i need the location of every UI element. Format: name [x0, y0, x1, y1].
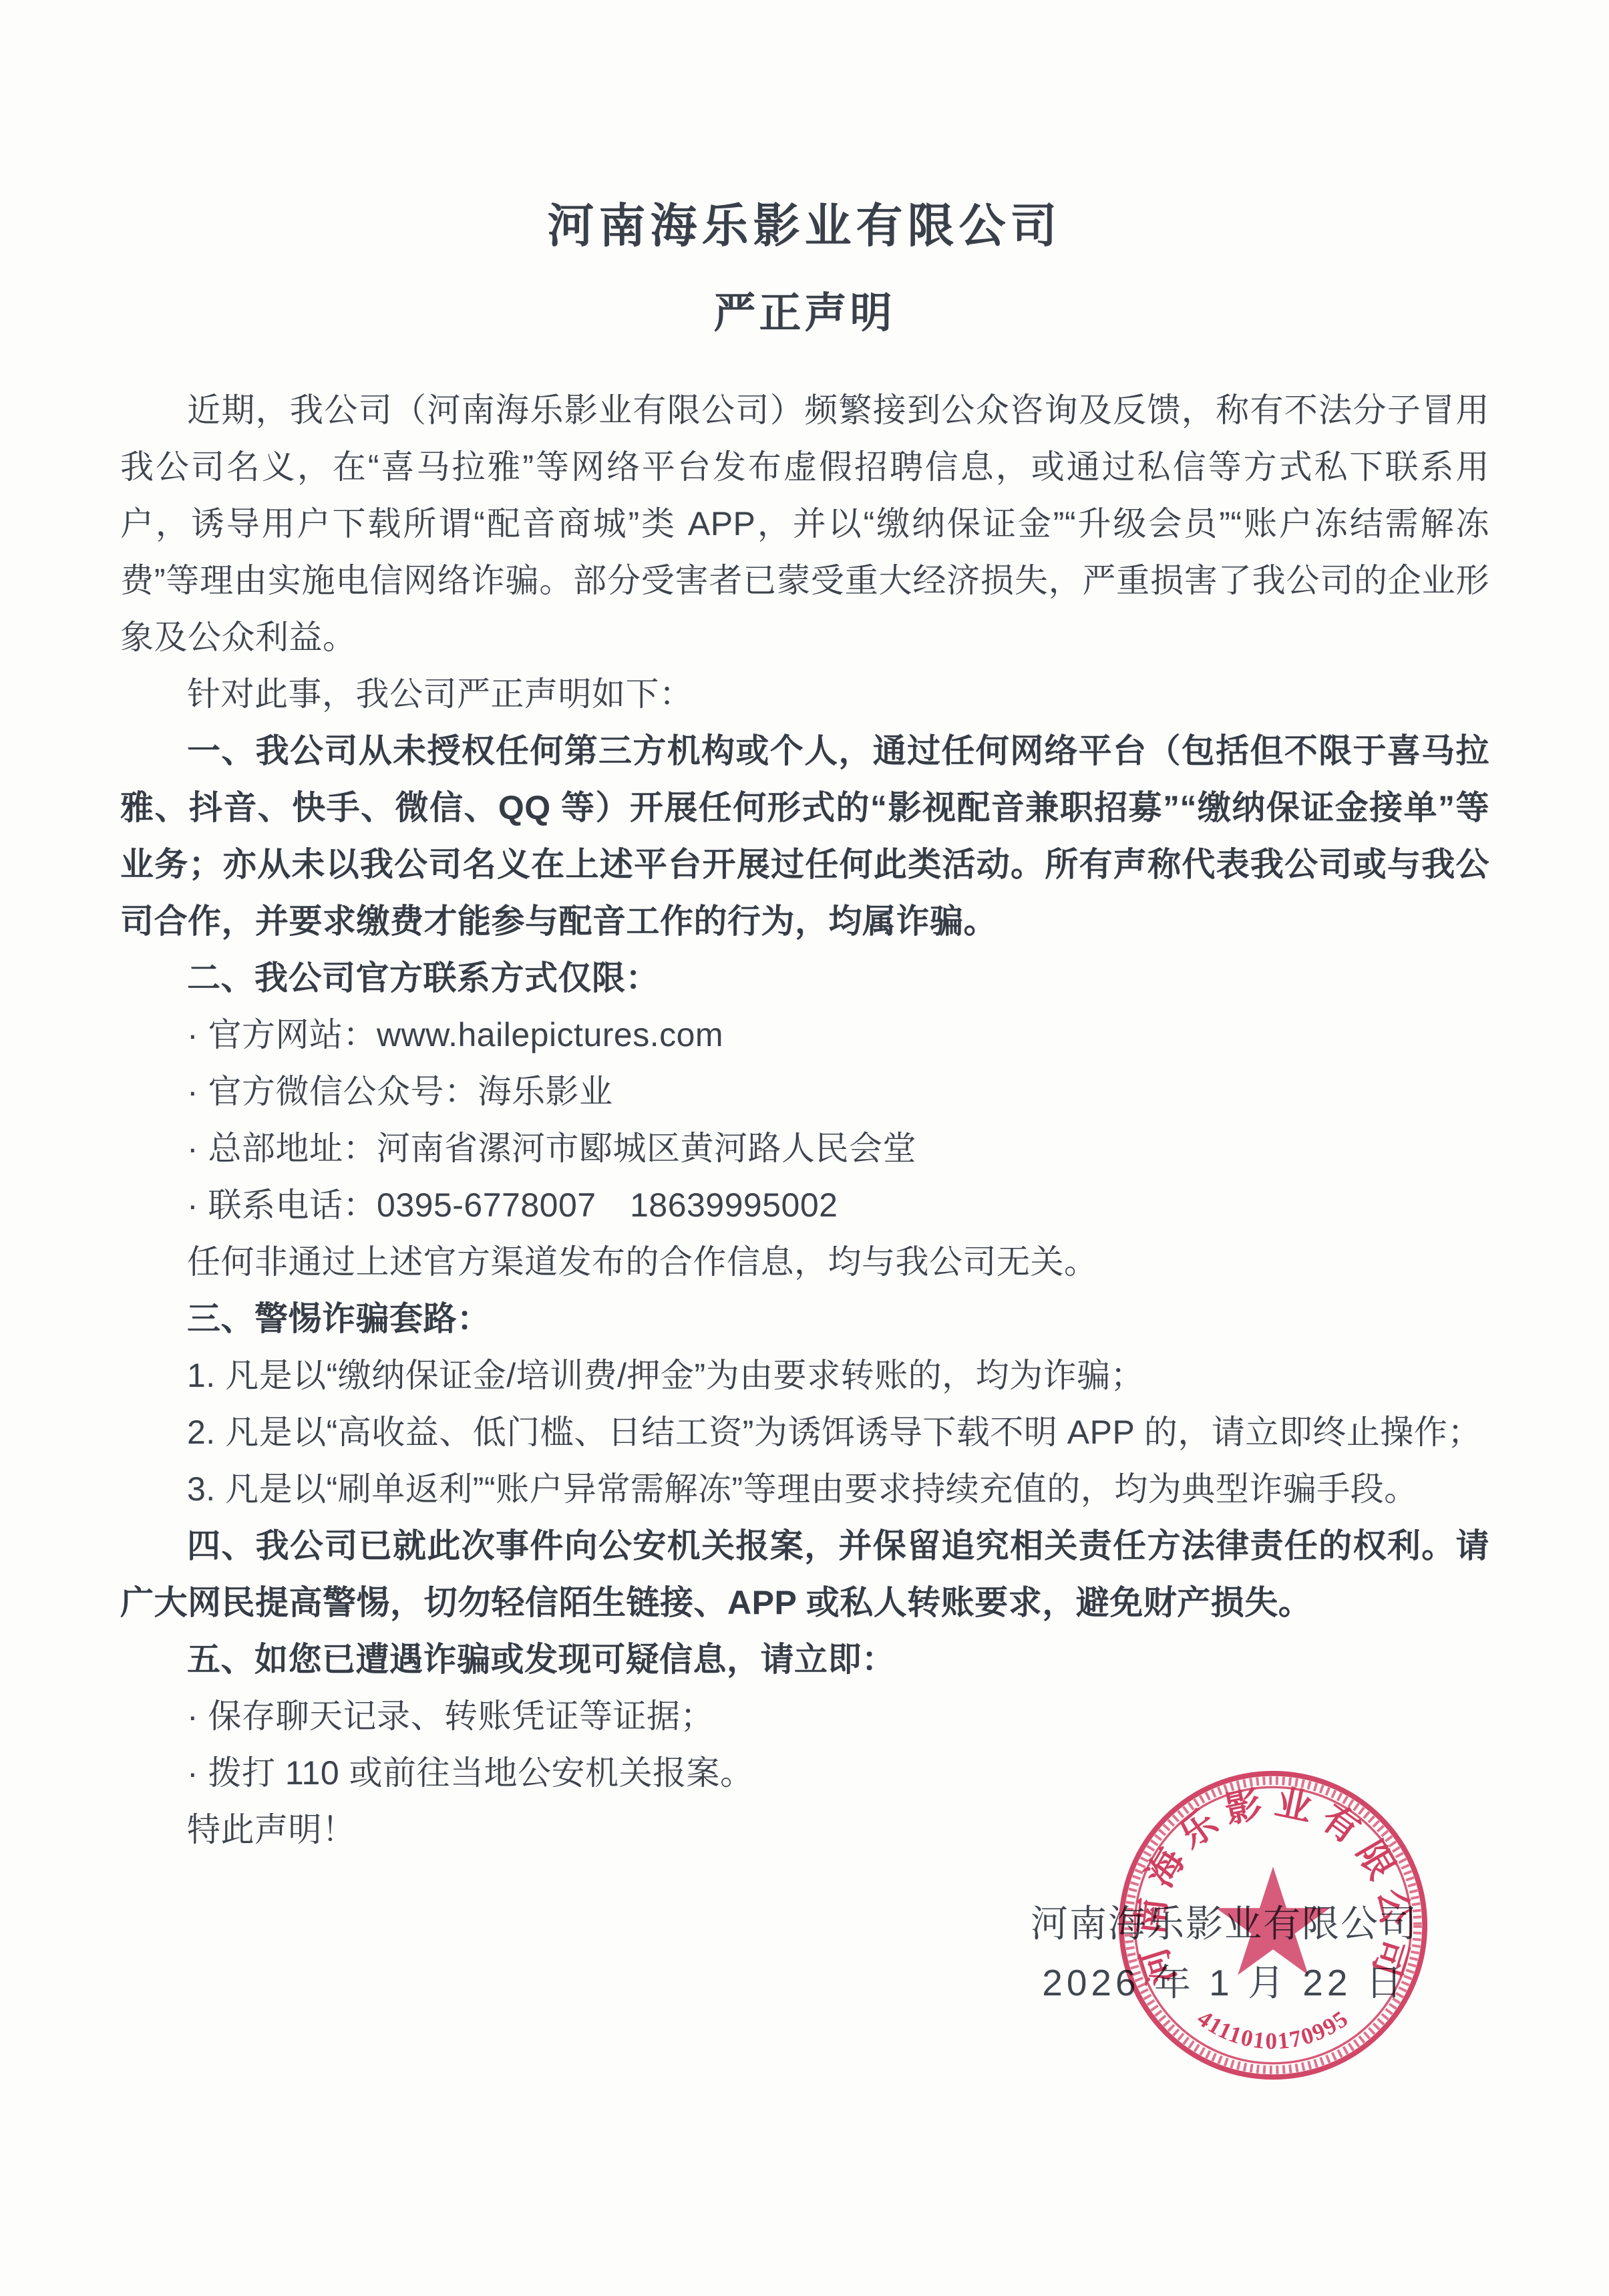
statement-title: 河南海乐影业有限公司 [0, 188, 1609, 256]
signature-company: 河南海乐影业有限公司 [944, 1895, 1505, 1953]
contact-item-wechat: · 官方微信公众号：海乐影业 [120, 1063, 1489, 1120]
fraud-pattern-3: 3. 凡是以“刷单返利”“账户异常需解冻”等理由要求持续充值的，均为典型诈骗手段… [120, 1461, 1489, 1518]
fraud-pattern-2: 2. 凡是以“高收益、低门槛、日结工资”为诱饵诱导下载不明 APP 的，请立即终… [120, 1404, 1489, 1461]
fraud-pattern-1: 1. 凡是以“缴纳保证金/培训费/押金”为由要求转账的，均为诈骗； [120, 1347, 1489, 1404]
statement-item-4: 四、我公司已就此次事件向公安机关报案，并保留追究相关责任方法律责任的权利。请广大… [120, 1518, 1489, 1631]
statement-subtitle: 严正声明 [0, 279, 1609, 340]
contact-disclaimer: 任何非通过上述官方渠道发布的合作信息，均与我公司无关。 [120, 1234, 1489, 1291]
statement-closing: 特此声明！ [120, 1802, 1489, 1858]
contact-item-website: · 官方网站：www.hailepictures.com [120, 1007, 1489, 1063]
statement-item-5-heading: 五、如您已遭遇诈骗或发现可疑信息，请立即： [120, 1631, 1489, 1688]
seal-serial-number: 4111010170995 [1193, 2005, 1354, 2054]
statement-paragraph-intro: 近期，我公司（河南海乐影业有限公司）频繁接到公众咨询及反馈，称有不法分子冒用我公… [120, 382, 1489, 666]
advice-item-police: · 拨打 110 或前往当地公安机关报案。 [120, 1745, 1489, 1802]
statement-item-2-heading: 二、我公司官方联系方式仅限： [120, 950, 1489, 1007]
contact-item-address: · 总部地址：河南省漯河市郾城区黄河路人民会堂 [120, 1120, 1489, 1177]
statement-paragraph-lead: 针对此事，我公司严正声明如下： [120, 666, 1489, 723]
contact-item-phone: · 联系电话：0395-6778007 18639995002 [120, 1177, 1489, 1234]
signature-block: 河南海乐影业有限公司 2026 年 1 月 22 日 [944, 1895, 1505, 2012]
statement-item-3-heading: 三、警惕诈骗套路： [120, 1291, 1489, 1347]
statement-body: 近期，我公司（河南海乐影业有限公司）频繁接到公众咨询及反馈，称有不法分子冒用我公… [120, 382, 1489, 1858]
statement-page: 河南海乐影业有限公司 严正声明 近期，我公司（河南海乐影业有限公司）频繁接到公众… [0, 0, 1609, 2296]
statement-item-1: 一、我公司从未授权任何第三方机构或个人，通过任何网络平台（包括但不限于喜马拉雅、… [120, 723, 1489, 950]
advice-item-evidence: · 保存聊天记录、转账凭证等证据； [120, 1688, 1489, 1745]
signature-date: 2026 年 1 月 22 日 [944, 1953, 1505, 2012]
